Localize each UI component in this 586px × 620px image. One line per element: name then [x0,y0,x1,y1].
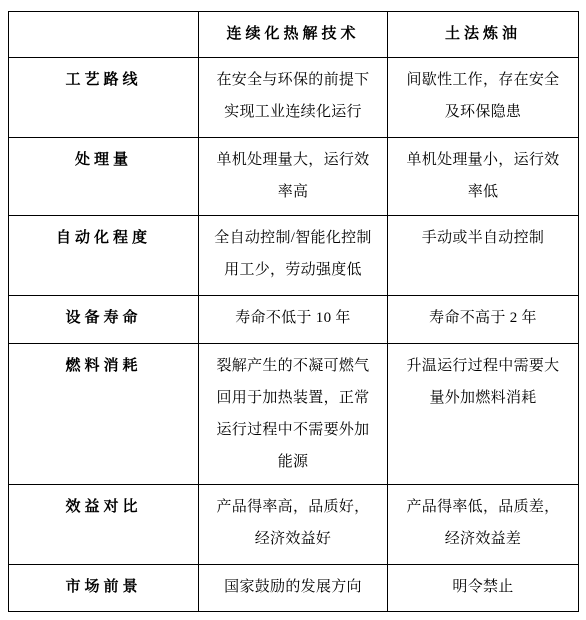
table-row: 处理量 单机处理量大，运行效率高 单机处理量小，运行效率低 [9,138,579,216]
header-cell-empty [9,12,199,58]
cell-traditional-fuel-consumption: 升温运行过程中需要大量外加燃料消耗 [388,344,579,485]
row-label-market-prospect: 市场前景 [9,565,199,612]
cell-continuous-benefit-comparison: 产品得率高，品质好，经济效益好 [199,485,388,565]
cell-continuous-process-route: 在安全与环保的前提下实现工业连续化运行 [199,58,388,138]
header-cell-continuous-tech: 连续化热解技术 [199,12,388,58]
row-label-fuel-consumption: 燃料消耗 [9,344,199,485]
comparison-table: 连续化热解技术 土法炼油 工艺路线 在安全与环保的前提下实现工业连续化运行 间歇… [8,11,579,612]
cell-continuous-market-prospect: 国家鼓励的发展方向 [199,565,388,612]
table-row: 效益对比 产品得率高，品质好，经济效益好 产品得率低，品质差，经济效益差 [9,485,579,565]
row-label-equipment-lifespan: 设备寿命 [9,296,199,344]
cell-continuous-throughput: 单机处理量大，运行效率高 [199,138,388,216]
table-row: 工艺路线 在安全与环保的前提下实现工业连续化运行 间歇性工作，存在安全及环保隐患 [9,58,579,138]
row-label-automation-level: 自动化程度 [9,216,199,296]
table-header-row: 连续化热解技术 土法炼油 [9,12,579,58]
cell-traditional-equipment-lifespan: 寿命不高于 2 年 [388,296,579,344]
cell-continuous-equipment-lifespan: 寿命不低于 10 年 [199,296,388,344]
row-label-process-route: 工艺路线 [9,58,199,138]
cell-traditional-automation-level: 手动或半自动控制 [388,216,579,296]
table-row: 燃料消耗 裂解产生的不凝可燃气回用于加热装置，正常运行过程中不需要外加能源 升温… [9,344,579,485]
cell-traditional-process-route: 间歇性工作，存在安全及环保隐患 [388,58,579,138]
cell-traditional-market-prospect: 明令禁止 [388,565,579,612]
table-row: 自动化程度 全自动控制/智能化控制用工少，劳动强度低 手动或半自动控制 [9,216,579,296]
row-label-benefit-comparison: 效益对比 [9,485,199,565]
header-cell-traditional-refining: 土法炼油 [388,12,579,58]
cell-continuous-fuel-consumption: 裂解产生的不凝可燃气回用于加热装置，正常运行过程中不需要外加能源 [199,344,388,485]
cell-traditional-throughput: 单机处理量小，运行效率低 [388,138,579,216]
table-row: 市场前景 国家鼓励的发展方向 明令禁止 [9,565,579,612]
cell-traditional-benefit-comparison: 产品得率低，品质差，经济效益差 [388,485,579,565]
table-row: 设备寿命 寿命不低于 10 年 寿命不高于 2 年 [9,296,579,344]
row-label-throughput: 处理量 [9,138,199,216]
cell-continuous-automation-level: 全自动控制/智能化控制用工少，劳动强度低 [199,216,388,296]
